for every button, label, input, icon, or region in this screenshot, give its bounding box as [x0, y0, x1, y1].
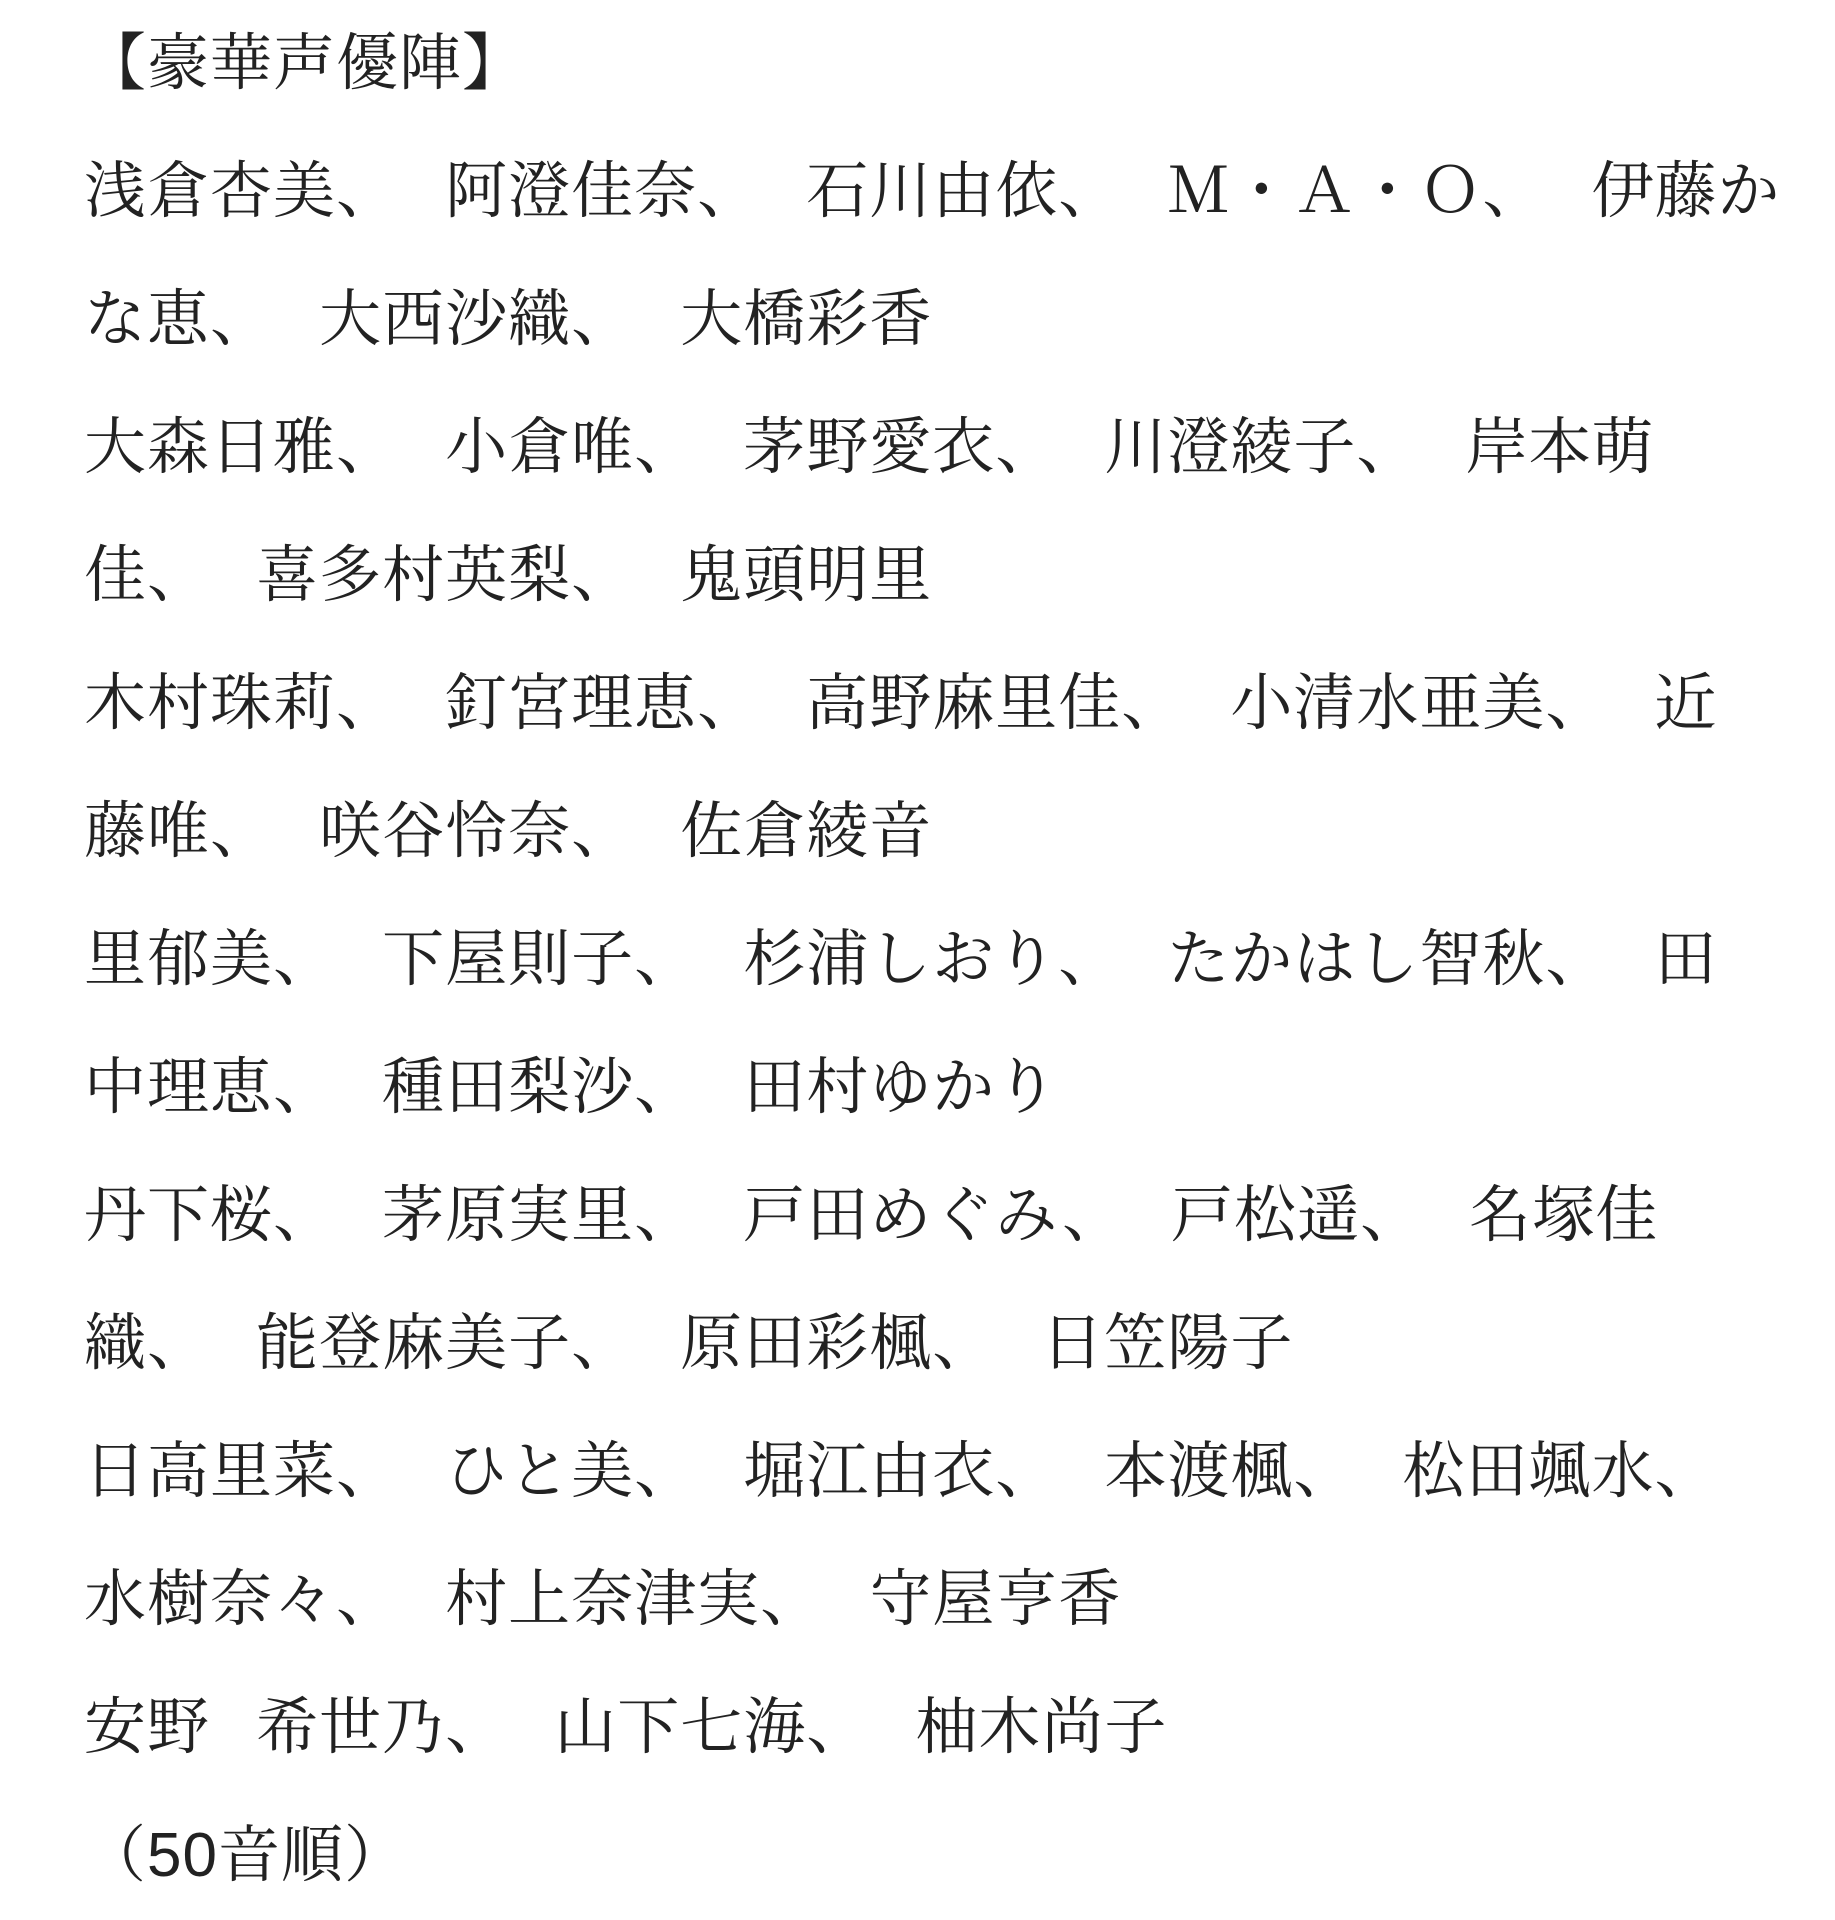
cast-line: 藤唯、 咲谷怜奈、 佐倉綾音 — [84, 768, 1795, 896]
sort-order-note: （50音順） — [84, 1792, 1795, 1920]
cast-list-text-block: 【豪華声優陣】 浅倉杏美、 阿澄佳奈、 石川由依、 Ｍ・Ａ・Ｏ、 伊藤か な恵、… — [0, 0, 1835, 1920]
cast-line: 里郁美、 下屋則子、 杉浦しおり、 たかはし智秋、 田 — [84, 896, 1795, 1024]
cast-line: 丹下桜、 茅原実里、 戸田めぐみ、 戸松遥、 名塚佳 — [84, 1152, 1795, 1280]
cast-line: 織、 能登麻美子、 原田彩楓、 日笠陽子 — [84, 1280, 1795, 1408]
cast-line: 大森日雅、 小倉唯、 茅野愛衣、 川澄綾子、 岸本萌 — [84, 384, 1795, 512]
cast-line: 水樹奈々、 村上奈津実、 守屋亨香 — [84, 1536, 1795, 1664]
cast-line: 中理恵、 種田梨沙、 田村ゆかり — [84, 1024, 1795, 1152]
cast-line: 木村珠莉、 釘宮理恵、 高野麻里佳、 小清水亜美、 近 — [84, 640, 1795, 768]
cast-line: な恵、 大西沙織、 大橋彩香 — [84, 256, 1795, 384]
cast-list-heading: 【豪華声優陣】 — [84, 0, 1795, 128]
cast-list-page: 【豪華声優陣】 浅倉杏美、 阿澄佳奈、 石川由依、 Ｍ・Ａ・Ｏ、 伊藤か な恵、… — [0, 0, 1835, 1920]
cast-line: 浅倉杏美、 阿澄佳奈、 石川由依、 Ｍ・Ａ・Ｏ、 伊藤か — [84, 128, 1795, 256]
cast-line: 安野 希世乃、 山下七海、 柚木尚子 — [84, 1664, 1795, 1792]
cast-line: 佳、 喜多村英梨、 鬼頭明里 — [84, 512, 1795, 640]
cast-line: 日高里菜、 ひと美、 堀江由衣、 本渡楓、 松田颯水、 — [84, 1408, 1795, 1536]
